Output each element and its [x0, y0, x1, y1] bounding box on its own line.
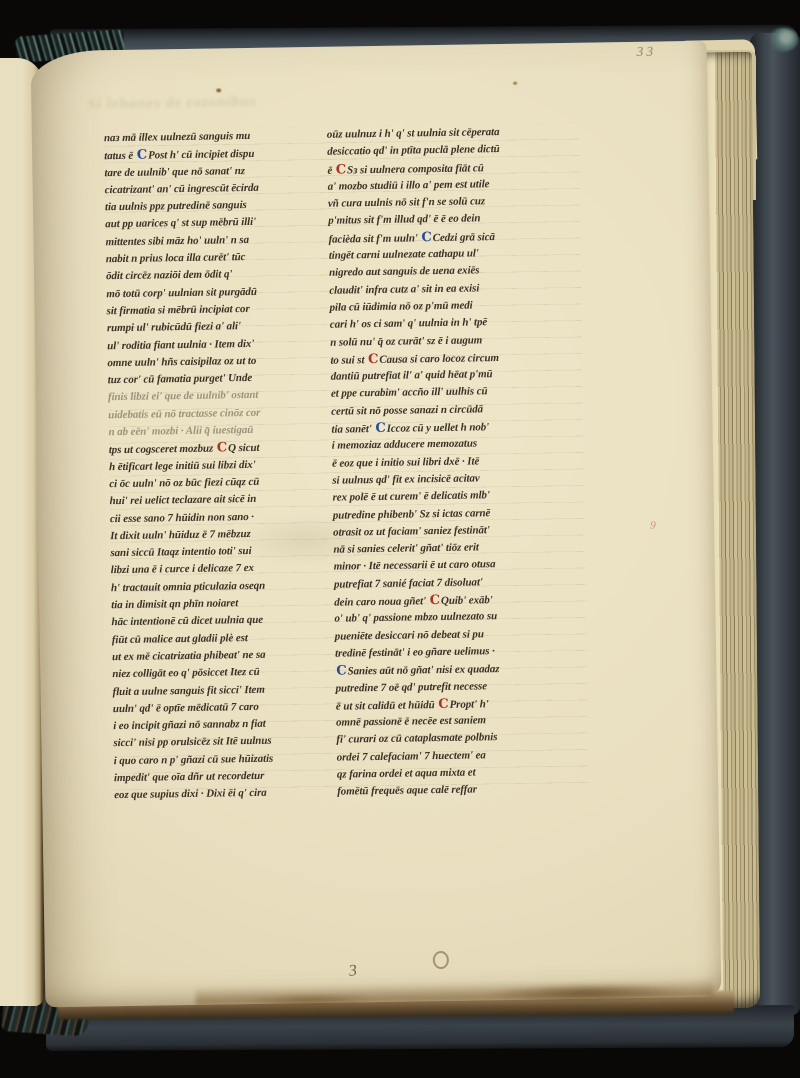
stain-blob	[245, 993, 375, 1007]
line-text: n ab eēn' mozbi · Alii q̄ iuestigaū	[108, 424, 253, 438]
folio-number: 33	[636, 44, 656, 60]
line-text: uidebatis eū nō tractasse cinōz cor	[108, 407, 260, 421]
line-text: putredine 7 oē qd' putrefit necesse	[335, 680, 487, 694]
line-text: ē eoz que i initio sui libri dxē · Itē	[332, 455, 479, 469]
line-text: certū sit nō posse sanazi n circūdā	[331, 403, 483, 417]
manuscript-page: Si lehanes de rozonibus 33 naз mā illex …	[31, 41, 722, 1008]
line-text: desiccatio qd' in ptīta puclā plene dict…	[327, 143, 500, 158]
line-text: tuz cor' cū famatia purget' Unde	[108, 372, 253, 386]
line-text: i quo caro n p' gñazi cū sue hūizatis	[114, 752, 274, 767]
line-text: Sanies aūt nō gñat' nisi ex quadaz	[347, 663, 499, 677]
line-text: oūz uulnuz i h' q' st uulnia sit cēperat…	[327, 126, 500, 141]
pilcrow-red-mark: C	[437, 697, 449, 712]
line-text: claudit' infra cutz a' sit in ea exisi	[329, 282, 479, 296]
line-text: tia sanēt'	[331, 423, 374, 436]
line-text: a' mozbo studiū i illo a' pem est utile	[328, 178, 490, 193]
line-text: hui' rei uelict teclazare ait sicē in	[110, 493, 257, 507]
line-text: putrefiat 7 sanié faciat 7 disoluat'	[334, 576, 483, 590]
text-column-right: oūz uulnuz i h' q' st uulnia sit cēperat…	[327, 123, 590, 801]
line-text: Propt' h'	[449, 698, 488, 711]
line-text: sani siccū Itaqz intentio toti' sui	[110, 545, 251, 559]
line-text: h ētificart lege initiū sui libzi dix'	[109, 459, 256, 473]
pilcrow-red-mark: C	[429, 593, 441, 608]
line-text: facièda sit f'm uuln'	[328, 232, 420, 245]
pilcrow-red-mark: C	[335, 162, 347, 177]
line-text: tare de uulnib' que nō sanat' nz	[104, 165, 245, 179]
line-text: Iccoz cū y uellet h nob'	[387, 421, 490, 435]
show-through-heading: Si lehanes de rozonibus	[87, 92, 357, 113]
line-text: ordei 7 calefaciam' 7 huectem' ea	[337, 749, 486, 763]
line-text: ē ut sit calidū et hūidū	[336, 699, 438, 713]
text-line: eoz que supius dixi · Dixi ēi q' cira	[114, 784, 344, 805]
ink-speck	[216, 88, 221, 92]
line-text: tia in dimisit qn phīn noiaret	[111, 597, 238, 611]
photo-frame: Si lehanes de rozonibus 33 naз mā illex …	[0, 0, 800, 1078]
line-text: i eo incipit gñazi nō sannabz n fiat	[113, 718, 266, 732]
line-text: aut pp uarices q' st sup mēbrū illi'	[105, 216, 256, 230]
line-text: ōdit circēz naziōi dem ōdit q'	[106, 269, 232, 283]
line-text: sit firmatia si mēbrū incipiat cor	[107, 303, 250, 317]
line-text: et ppe curabim' accño ill' uulhis cū	[331, 386, 488, 400]
line-text: omnē passionē ē necēe est saniem	[336, 714, 486, 728]
stain-blob	[485, 982, 685, 1003]
line-text: fomētū frequēs aque calē reffar	[337, 784, 477, 798]
line-text: Quib' exāb'	[441, 594, 493, 607]
line-text: hāc intentionē cū dicet uulnia que	[111, 614, 263, 628]
line-text: fiūt cū malice aut gladii plè est	[112, 632, 248, 646]
line-text: n solū nu' q̄ oz curāt' sz ē i augum	[330, 334, 482, 348]
line-text: minor · Itē necessarii ē ut caro otusa	[334, 559, 496, 574]
line-text: nā si sanies celerit' gñat' tiōz erit	[333, 542, 479, 556]
pilcrow-blue-mark: C	[335, 664, 347, 679]
line-text: to sui st	[330, 354, 367, 367]
line-text: pueniēte desiccari nō debeat si pu	[335, 628, 484, 642]
line-text: It dixit uuln' hūiduz ē 7 mēbzuz	[110, 528, 251, 542]
pilcrow-blue-mark: C	[136, 148, 148, 163]
pilcrow-red-mark: C	[367, 352, 379, 367]
line-text: ci ōc uuln' nō oz būc fiezi cūqz cū	[109, 476, 259, 490]
line-text: impedit' que oīa dñr ut recordetur	[114, 770, 264, 784]
line-text: nigredo aut sanguis de uena exiēs	[329, 265, 480, 279]
line-text: ut ex mē cicatrizatia phibeat' ne sa	[112, 649, 266, 663]
pilcrow-red-mark: C	[216, 441, 228, 456]
line-text: ul' roditia fiant uulnia · Item dix'	[107, 337, 254, 351]
line-text: nabit n prius loca illa curēt' tūc	[106, 251, 246, 265]
line-text: Post h' cū incipiet dispu	[148, 148, 254, 162]
line-text: tingēt carni uulnezate cathapu ul'	[329, 247, 479, 261]
line-text: otrasit oz ut faciam' saniez festināt'	[333, 524, 490, 538]
line-text: fluit a uulne sanguis fit sicci' Item	[113, 683, 265, 697]
line-text: putredine phibenb' Sz si ictas carnē	[333, 507, 491, 521]
ink-speck	[513, 82, 517, 85]
line-text: i memoziaz adducere memozatus	[332, 438, 477, 452]
line-text: tia uulnis ppz putredinē sanguis	[105, 199, 247, 213]
line-text: qz farina ordei et aqua mixta et	[337, 766, 476, 780]
line-text: p'mitus sit f'm illud qd' ē ē eo dein	[328, 213, 480, 227]
line-text: dein caro noua gñet'	[334, 595, 429, 608]
line-text: mō totū corp' uulnian sit purgādū	[106, 286, 257, 300]
cover-corner-wear	[768, 28, 798, 52]
line-text: naз mā illex uulnezū sanguis mu	[104, 130, 251, 144]
pilcrow-blue-mark: C	[420, 230, 432, 245]
red-margin-mark: 9	[649, 519, 656, 532]
line-text: h' tractauit omnia pticulazia oseqn	[111, 579, 265, 593]
line-text: tps ut cogsceret mozbuz	[109, 443, 216, 457]
line-text: Q sicut	[228, 442, 260, 454]
line-text: eoz que supius dixi · Dixi ēi q' cira	[114, 787, 267, 801]
line-text: si uulnus qd' fit ex incisicē acitav	[332, 472, 480, 486]
line-text: tredinē festināt' i eo gñare uelimus ·	[335, 645, 495, 660]
line-text: Causa si caro locoz circum	[379, 352, 499, 366]
line-text: libzi una ē i curce i delicaze 7 ex	[111, 562, 254, 576]
line-text: fi' curari oz cū cataplasmate polbnis	[336, 732, 497, 747]
text-column-left: naз mā illex uulnezū sanguis mutatus ē C…	[104, 127, 345, 805]
ring-stain	[433, 951, 449, 969]
line-text: niez colligāt eo q' pōsiccet Itez cū	[112, 666, 259, 680]
line-text: Cedzi grā sicā	[433, 231, 495, 244]
text-line: n ab eēn' mozbi · Alii q̄ iuestigaū	[108, 421, 338, 442]
line-text: cicatrizant' an' cū ingrescūt ēcirda	[105, 182, 259, 196]
line-text: tatus ē	[104, 150, 136, 162]
line-text: finis libzi ei' que de uulnib' ostant	[108, 389, 259, 403]
line-text: mittentes sibi māz ho' uuln' n sa	[105, 234, 249, 248]
line-text: Sз si uulnera composita fiāt cū	[347, 162, 484, 176]
line-text: cari h' os ci sam' q' uulnia in h' tpē	[330, 316, 487, 330]
line-text: rumpi ul' rubicūdū fiezi a' ali'	[107, 320, 241, 334]
pilcrow-blue-mark: C	[374, 421, 386, 436]
line-text: cii esse sano 7 hūidin non sano ·	[110, 510, 254, 524]
line-text: o' ub' q' passione mbzo uulnezato su	[334, 610, 497, 625]
line-text: sicci' nisi pp orulsicēz sit Itē uulnus	[113, 735, 271, 749]
text-line: fomētū frequēs aque calē reffar	[337, 780, 589, 801]
quire-signature: 3	[348, 962, 358, 981]
line-text: omne uuln' hñs caisipilaz oz ut to	[107, 355, 256, 369]
line-text: vñ cura uulnis nō sit f'n se solū cuz	[328, 195, 485, 209]
line-text: rex polē ē ut curem' ē delicatis mlb'	[332, 489, 489, 503]
line-text: pila cū iūdimia nō oz p'mū medi	[330, 299, 473, 313]
line-text: dantiū putrefiat il' a' quid hēat p'mū	[331, 368, 493, 383]
line-text: uuln' qd' ē optīe mēdicatū 7 caro	[113, 701, 259, 715]
